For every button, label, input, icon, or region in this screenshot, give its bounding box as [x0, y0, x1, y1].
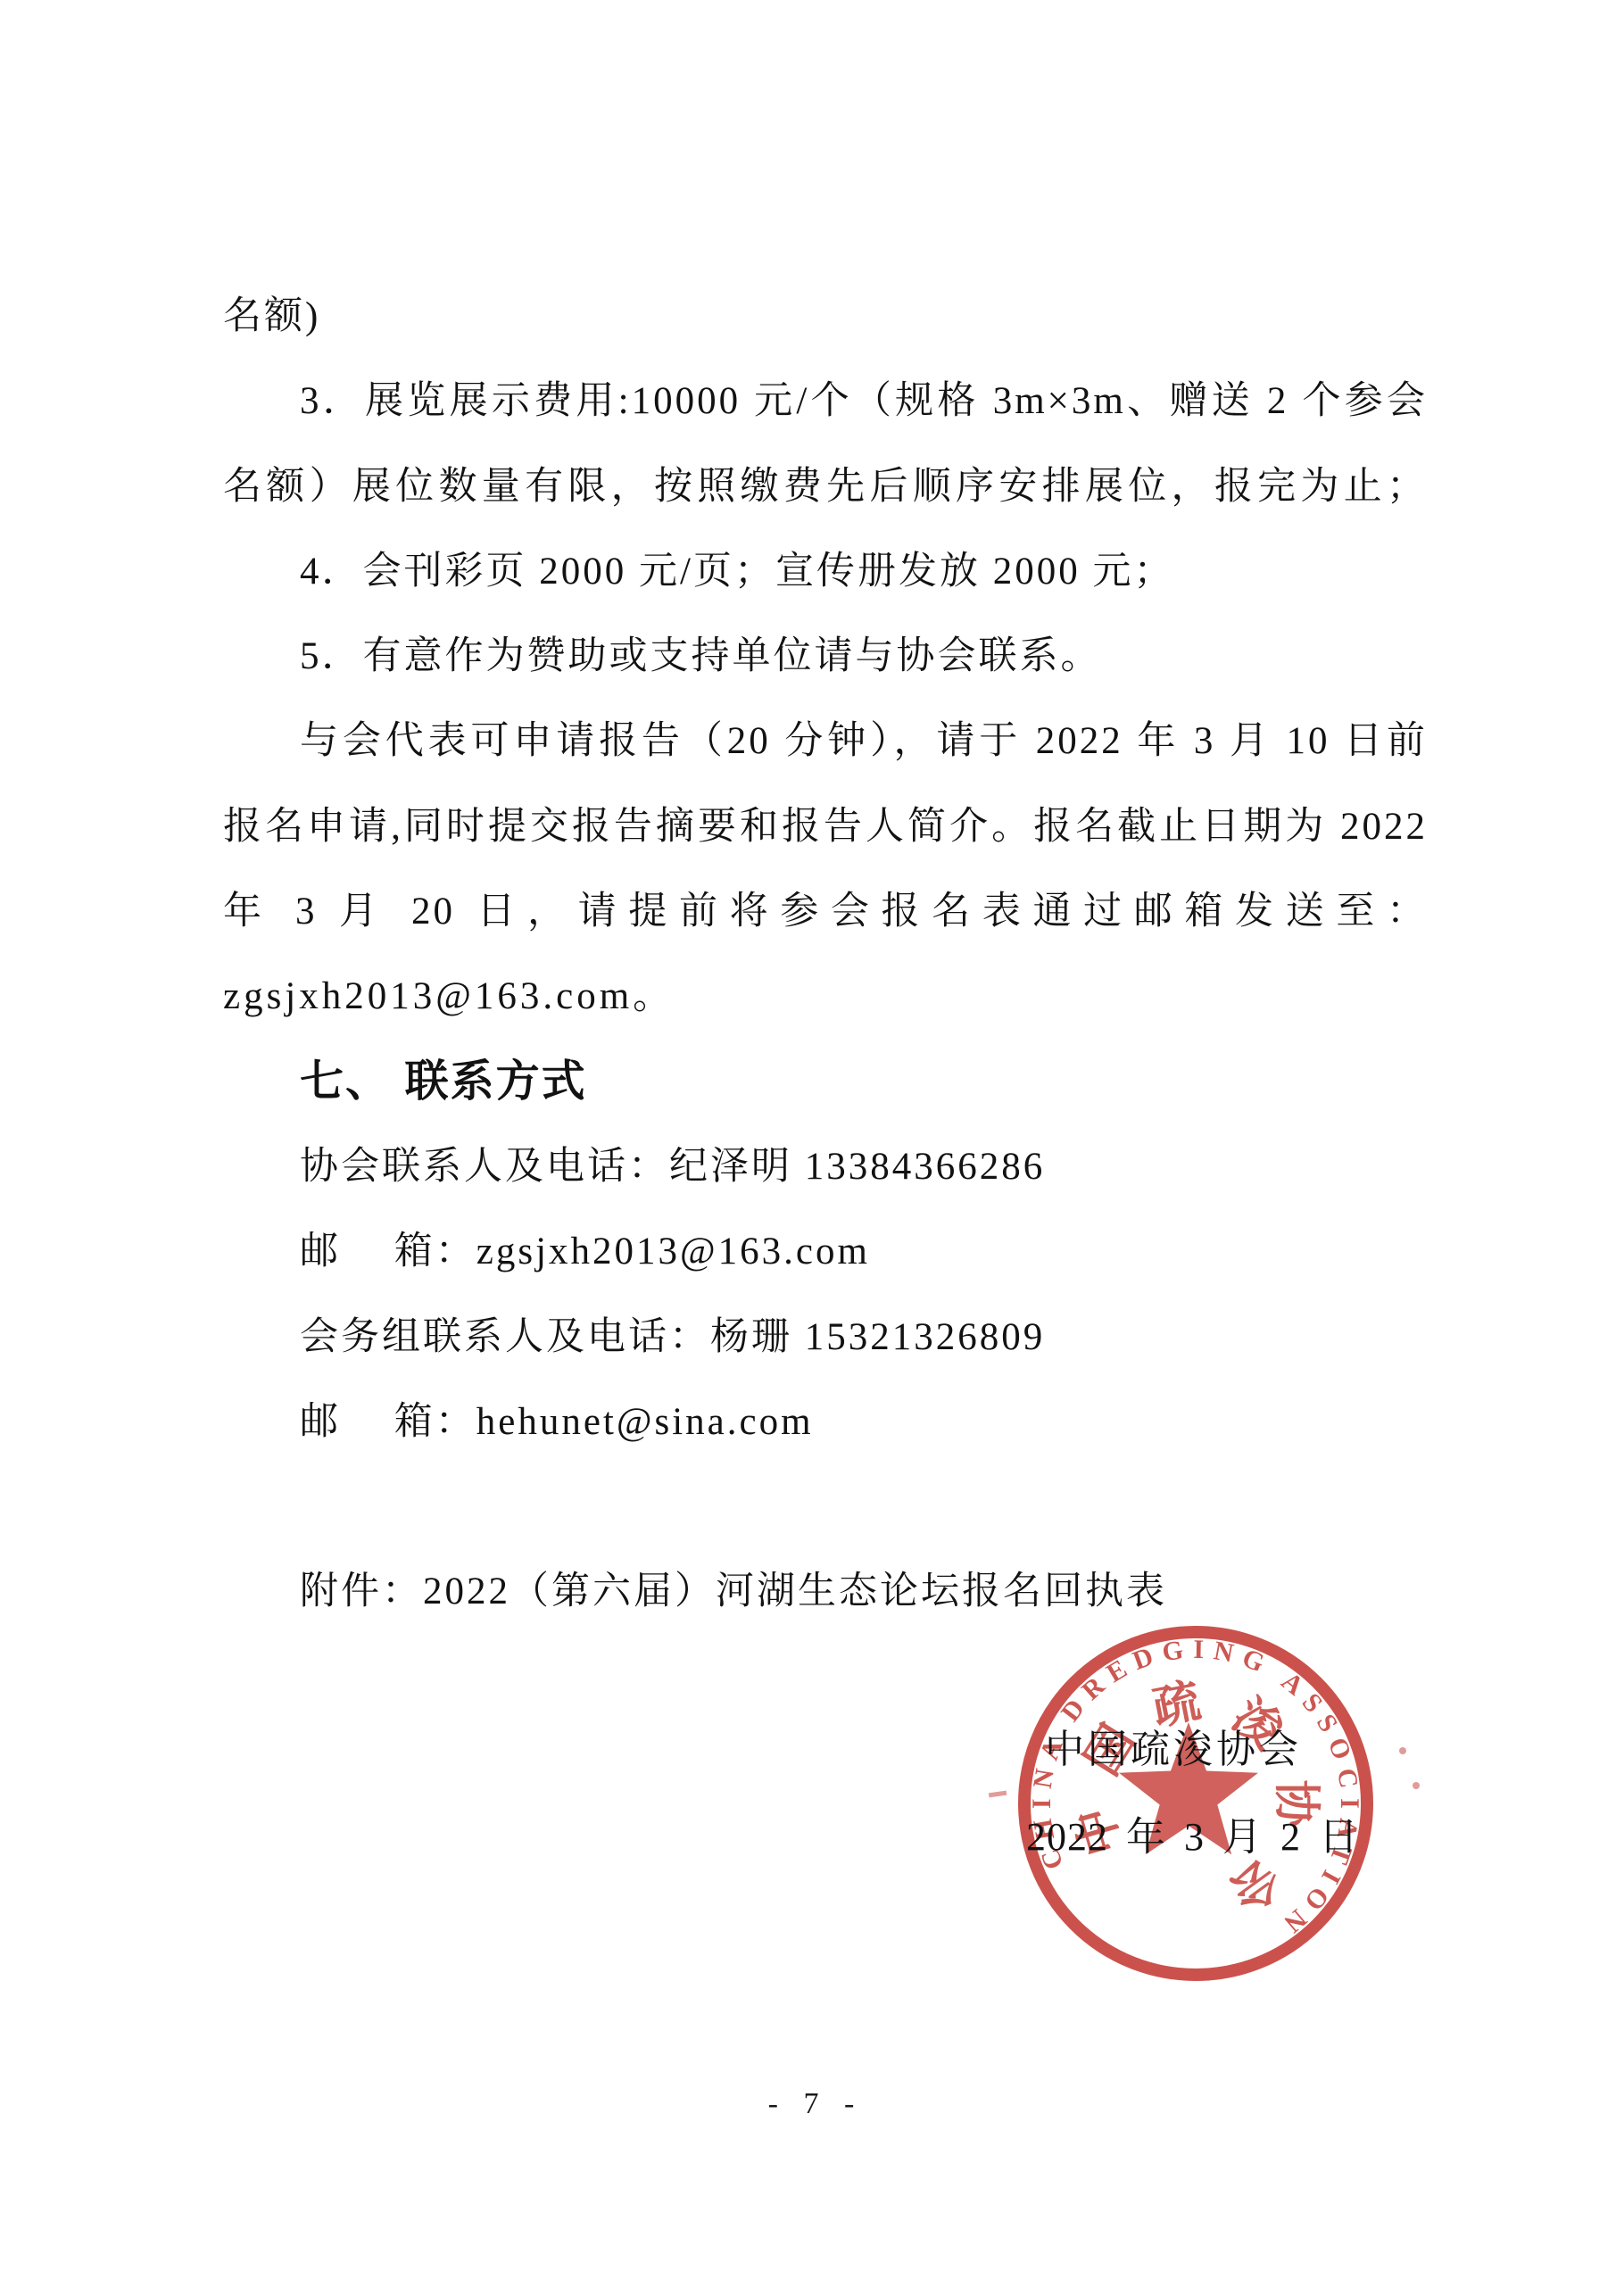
line-heading-7: 七、 联系方式 — [223, 1040, 1428, 1124]
stamp-char: 疏 — [1148, 1675, 1205, 1736]
line-item-3: 3．展览展示费用:10000 元/个（规格 3m×3m、赠送 2 个参会 — [223, 359, 1428, 443]
signature-date: 2022 年 3 月 2 日 — [1026, 1815, 1359, 1860]
line-carryover: 名额) — [223, 274, 1428, 359]
line-email-send: zgsjxh2013@163.com。 — [223, 954, 1428, 1039]
stamp-speckle — [989, 1791, 1007, 1798]
line-report-3: 年 3 月 20 日，请提前将参会报名表通过邮箱发送至： — [223, 869, 1428, 954]
stamp-char: 会 — [1220, 1850, 1289, 1920]
line-attachment: 附件：2022（第六届）河湖生态论坛报名回执表 — [223, 1549, 1428, 1634]
line-item-5: 5．有意作为赞助或支持单位请与协会联系。 — [223, 614, 1428, 699]
line-item-4: 4．会刊彩页 2000 元/页；宣传册发放 2000 元； — [223, 529, 1428, 614]
signature-org: 中国疏浚协会 — [1045, 1728, 1302, 1772]
line-contact-1: 协会联系人及电话：纪泽明 13384366286 — [223, 1124, 1428, 1209]
line-contact-email-2: 邮 箱：hehunet@sina.com — [223, 1380, 1428, 1464]
line-report-2: 报名申请,同时提交报告摘要和报告人简介。报名截止日期为 2022 — [223, 784, 1428, 869]
line-contact-email-1: 邮 箱：zgsjxh2013@163.com — [223, 1209, 1428, 1294]
document-lines: 名额)3．展览展示费用:10000 元/个（规格 3m×3m、赠送 2 个参会名… — [223, 274, 1428, 1635]
document-page: 名额)3．展览展示费用:10000 元/个（规格 3m×3m、赠送 2 个参会名… — [0, 0, 1624, 2296]
line-item-3-cont: 名额）展位数量有限，按照缴费先后顺序安排展位，报完为止； — [223, 444, 1428, 529]
line-blank — [223, 1464, 1428, 1549]
line-contact-2: 会务组联系人及电话：杨珊 15321326809 — [223, 1295, 1428, 1380]
stamp-speckle — [1399, 1747, 1406, 1754]
line-report-1: 与会代表可申请报告（20 分钟），请于 2022 年 3 月 10 日前 — [223, 699, 1428, 783]
stamp-speckle — [1413, 1782, 1420, 1789]
page-number: - 7 - — [0, 2086, 1624, 2122]
official-seal-stamp: CHINA DREDGING ASSOCIATION 中 国 疏 浚 协 会 — [964, 1588, 1472, 2017]
